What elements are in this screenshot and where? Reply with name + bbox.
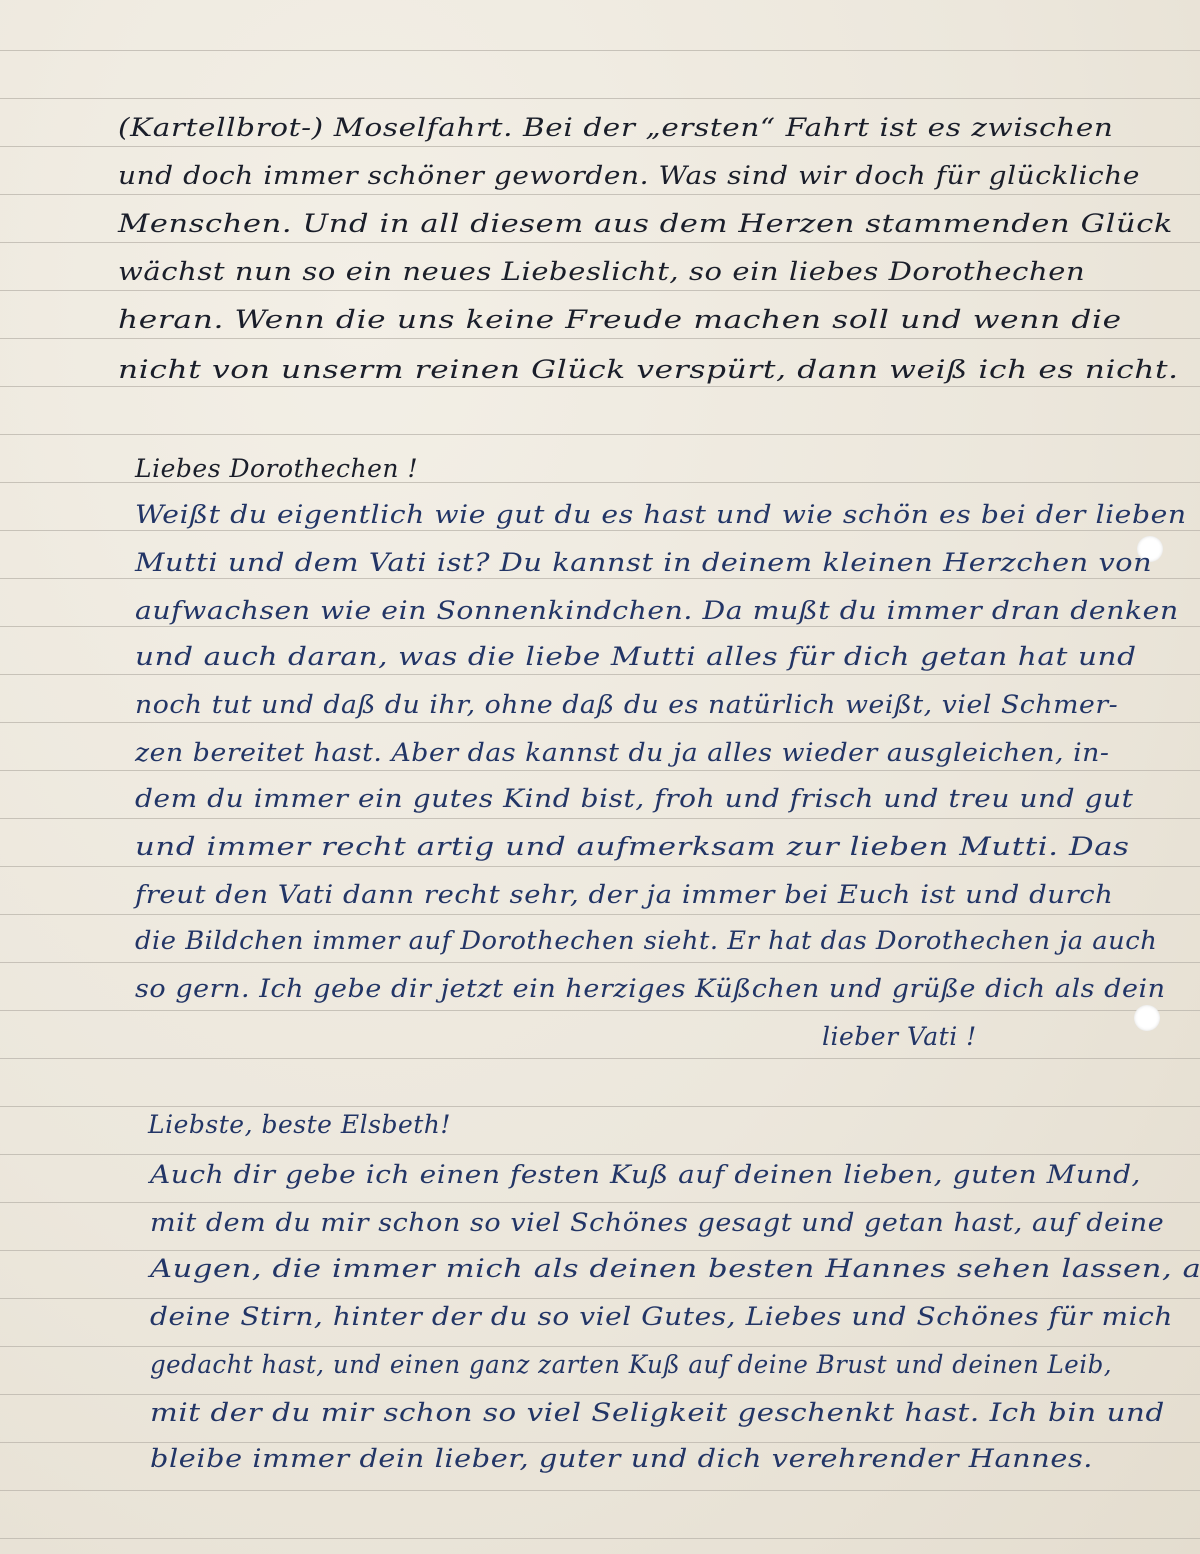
text-line: aufwachsen wie ein Sonnenkindchen. Da mu… (135, 596, 1179, 625)
text-line: gedacht hast, und einen ganz zarten Kuß … (150, 1350, 1112, 1379)
text-line: heran. Wenn die uns keine Freude machen … (118, 305, 1122, 334)
signature: lieber Vati ! (822, 1022, 977, 1051)
text-line: mit dem du mir schon so viel Schönes ges… (150, 1208, 1164, 1237)
rule-line (0, 434, 1200, 435)
rule-line (0, 722, 1200, 723)
rule-line (0, 1394, 1200, 1395)
rule-line (0, 578, 1200, 579)
text-line: so gern. Ich gebe dir jetzt ein herziges… (135, 974, 1166, 1003)
text-line: noch tut und daß du ihr, ohne daß du es … (135, 690, 1118, 719)
text-line: freut den Vati dann recht sehr, der ja i… (135, 880, 1113, 909)
rule-line (0, 1010, 1200, 1011)
rule-line (0, 1106, 1200, 1107)
rule-line (0, 914, 1200, 915)
rule-line (0, 1202, 1200, 1203)
rule-line (0, 674, 1200, 675)
rule-line (0, 626, 1200, 627)
salutation: Liebste, beste Elsbeth! (148, 1110, 451, 1139)
text-line: zen bereitet hast. Aber das kannst du ja… (135, 738, 1110, 767)
text-line: und auch daran, was die liebe Mutti alle… (135, 642, 1137, 671)
rule-line (0, 1346, 1200, 1347)
rule-line (0, 386, 1200, 387)
rule-line (0, 338, 1200, 339)
text-line: und doch immer schöner geworden. Was sin… (118, 161, 1140, 190)
rule-line (0, 1298, 1200, 1299)
rule-line (0, 962, 1200, 963)
rule-line (0, 194, 1200, 195)
punch-hole-bottom (1134, 1005, 1160, 1031)
text-line: wächst nun so ein neues Liebeslicht, so … (118, 257, 1085, 286)
text-line: Auch dir gebe ich einen festen Kuß auf d… (150, 1160, 1141, 1189)
text-line: und immer recht artig und aufmerksam zur… (135, 832, 1130, 861)
rule-line (0, 290, 1200, 291)
rule-line (0, 770, 1200, 771)
text-line: Weißt du eigentlich wie gut du es hast u… (135, 500, 1187, 529)
rule-line (0, 146, 1200, 147)
text-line: die Bildchen immer auf Dorothechen sieht… (135, 926, 1157, 955)
rule-line (0, 1250, 1200, 1251)
text-line: deine Stirn, hinter der du so viel Gutes… (150, 1302, 1173, 1331)
rule-line (0, 1154, 1200, 1155)
rule-line (0, 242, 1200, 243)
rule-line (0, 98, 1200, 99)
rule-line (0, 1538, 1200, 1539)
text-line: bleibe immer dein lieber, guter und dich… (150, 1444, 1093, 1473)
salutation: Liebes Dorothechen ! (135, 454, 418, 483)
rule-line (0, 530, 1200, 531)
text-line: dem du immer ein gutes Kind bist, froh u… (135, 784, 1133, 813)
rule-line (0, 1058, 1200, 1059)
rule-line (0, 1490, 1200, 1491)
text-line: Mutti und dem Vati ist? Du kannst in dei… (135, 548, 1152, 577)
rule-line (0, 50, 1200, 51)
text-line: Menschen. Und in all diesem aus dem Herz… (118, 209, 1173, 238)
text-line: Augen, die immer mich als deinen besten … (150, 1254, 1200, 1283)
rule-line (0, 818, 1200, 819)
text-line: (Kartellbrot-) Moselfahrt. Bei der „erst… (118, 113, 1113, 142)
text-line: nicht von unserm reinen Glück verspürt, … (118, 355, 1179, 384)
rule-line (0, 1442, 1200, 1443)
text-line: mit der du mir schon so viel Seligkeit g… (150, 1398, 1165, 1427)
letter-page: (Kartellbrot-) Moselfahrt. Bei der „erst… (0, 0, 1200, 1554)
rule-line (0, 866, 1200, 867)
